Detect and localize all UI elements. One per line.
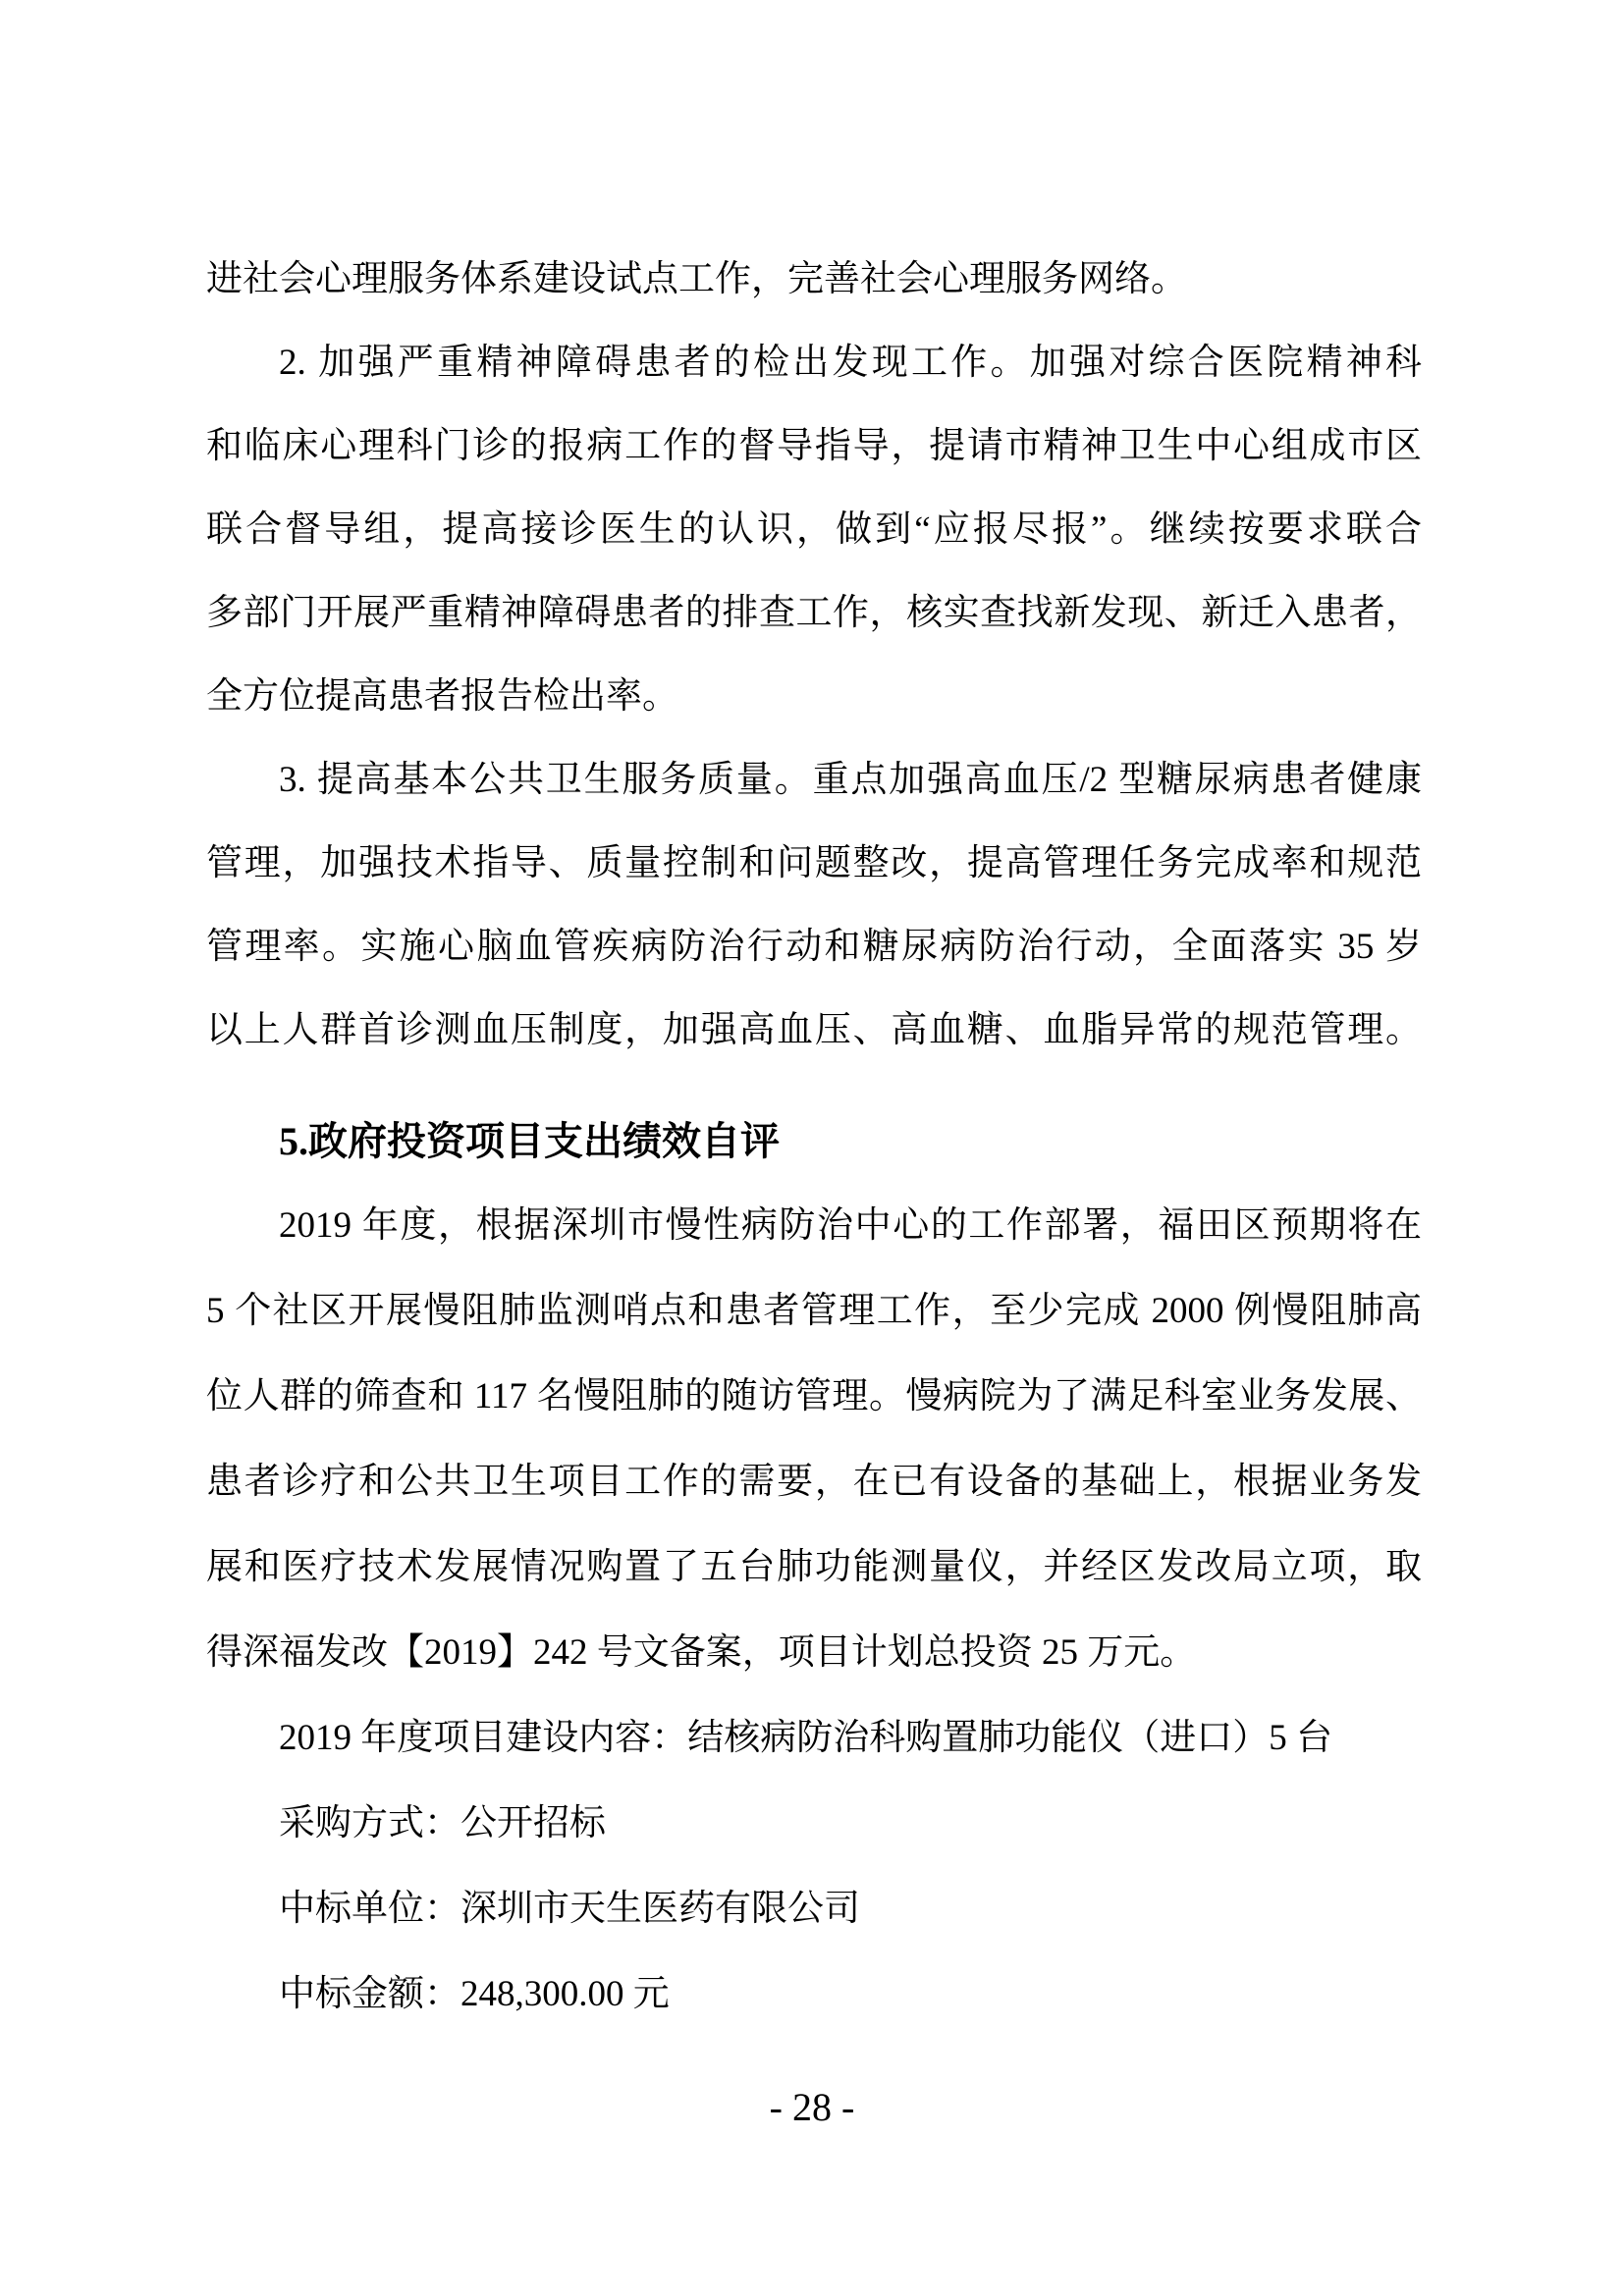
text-line: 5 个社区开展慢阻肺监测哨点和患者管理工作，至少完成 2000 例慢阻肺高: [206, 1268, 1422, 1354]
text-line: 2. 加强严重精神障碍患者的检出发现工作。加强对综合医院精神科: [206, 321, 1422, 404]
text-line: 采购方式：公开招标: [206, 1781, 1422, 1866]
text-line: 以上人群首诊测血压制度，加强高血压、高血糖、血脂异常的规范管理。: [206, 988, 1422, 1072]
text-line: 进社会心理服务体系建设试点工作，完善社会心理服务网络。: [206, 238, 1422, 321]
text-line: 和临床心理科门诊的报病工作的督导指导，提请市精神卫生中心组成市区: [206, 404, 1422, 488]
document-page: 进社会心理服务体系建设试点工作，完善社会心理服务网络。2. 加强严重精神障碍患者…: [0, 0, 1624, 2296]
text-line: 管理率。实施心脑血管疾病防治行动和糖尿病防治行动，全面落实 35 岁: [206, 905, 1422, 988]
text-line: 2019 年度，根据深圳市慢性病防治中心的工作部署，福田区预期将在: [206, 1183, 1422, 1268]
text-line: 全方位提高患者报告检出率。: [206, 655, 1422, 738]
text-line: 中标金额：248,300.00 元: [206, 1951, 1422, 2037]
text-line: 2019 年度项目建设内容：结核病防治科购置肺功能仪（进口）5 台: [206, 1695, 1422, 1781]
text-line: 中标单位：深圳市天生医药有限公司: [206, 1866, 1422, 1951]
text-line: 3. 提高基本公共卫生服务质量。重点加强高血压/2 型糖尿病患者健康: [206, 738, 1422, 822]
document-body: 进社会心理服务体系建设试点工作，完善社会心理服务网络。2. 加强严重精神障碍患者…: [206, 238, 1422, 2037]
text-line: 联合督导组，提高接诊医生的认识，做到“应报尽报”。继续按要求联合: [206, 488, 1422, 571]
text-line: 多部门开展严重精神障碍患者的排查工作，核实查找新发现、新迁入患者，: [206, 571, 1422, 655]
section-heading: 5.政府投资项目支出绩效自评: [206, 1099, 1422, 1183]
text-line: 患者诊疗和公共卫生项目工作的需要，在已有设备的基础上，根据业务发: [206, 1439, 1422, 1524]
text-line: 位人群的筛查和 117 名慢阻肺的随访管理。慢病院为了满足科室业务发展、: [206, 1354, 1422, 1439]
page-number: - 28 -: [0, 2086, 1624, 2129]
text-line: 管理，加强技术指导、质量控制和问题整改，提高管理任务完成率和规范: [206, 822, 1422, 905]
text-line: 得深福发改【2019】242 号文备案，项目计划总投资 25 万元。: [206, 1610, 1422, 1695]
text-line: 展和医疗技术发展情况购置了五台肺功能测量仪，并经区发改局立项，取: [206, 1524, 1422, 1610]
